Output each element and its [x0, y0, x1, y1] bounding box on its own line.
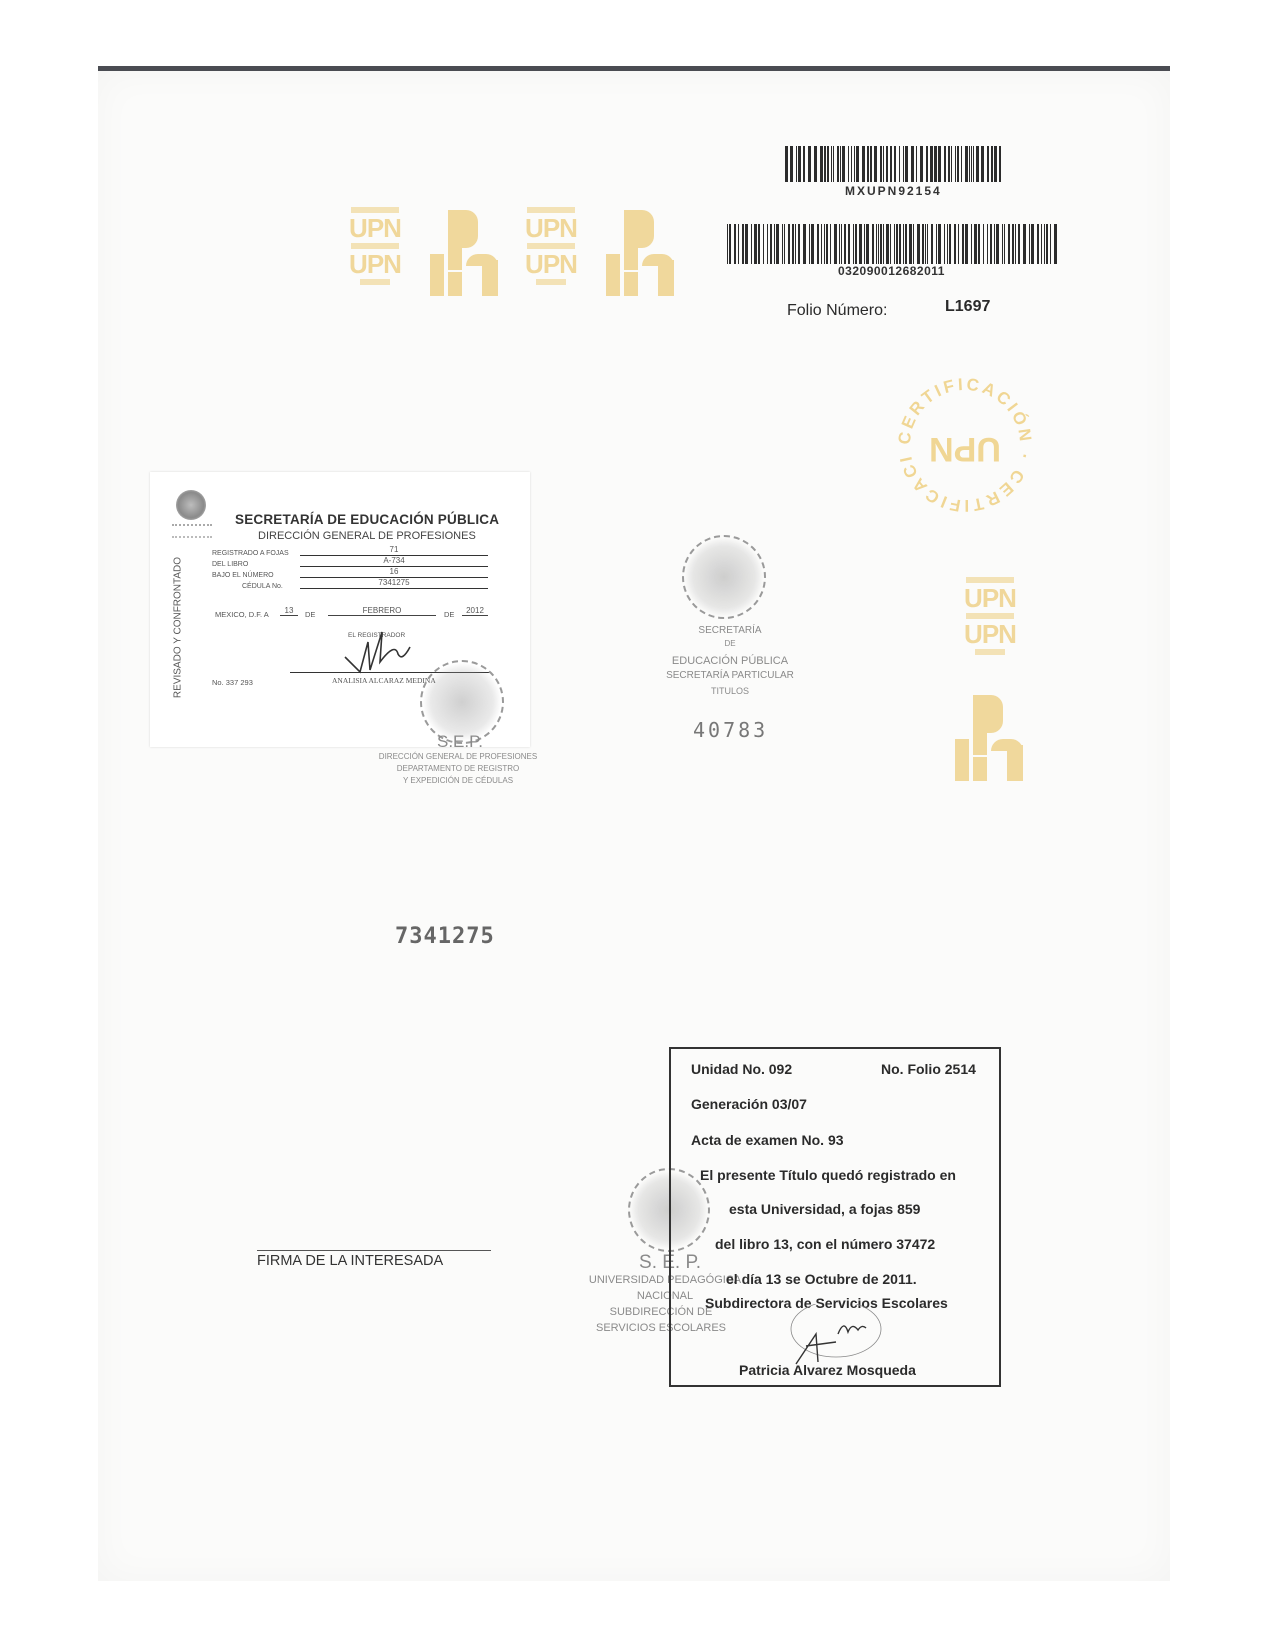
- registrar-name: ANALISIA ALCARAZ MEDINA: [332, 676, 436, 685]
- sep-subtitle: DIRECCIÓN GENERAL DE PROFESIONES: [258, 530, 476, 542]
- secretaria-line5: TITULOS: [660, 686, 800, 696]
- subdirectora-name: Patricia Alvarez Mosqueda: [739, 1362, 916, 1378]
- date-de: DE: [444, 610, 454, 619]
- barcode-label-mxupn: MXUPN92154: [845, 184, 942, 198]
- sep-seal-line2: DEPARTAMENTO DE REGISTRO: [378, 764, 538, 773]
- folio-label: Folio Número:: [787, 302, 887, 320]
- registro-line1: El presente Título quedó registrado en: [700, 1167, 956, 1183]
- registrar-signature: [340, 622, 420, 682]
- unidad-number: Unidad No. 092: [691, 1061, 792, 1077]
- upn-registration-box: Unidad No. 092 No. Folio 2514 Generación…: [669, 1047, 1001, 1387]
- upn-mark-logo: [955, 695, 1025, 783]
- mexico-coat-of-arms-icon: [176, 490, 206, 520]
- acta-examen: Acta de examen No. 93: [691, 1132, 844, 1148]
- row-label-numero: BAJO EL NÚMERO: [212, 572, 274, 579]
- barcode-mxupn: [785, 146, 1003, 182]
- barcode-serial: [727, 224, 1059, 264]
- upn-watermark-logo: UPN UPN: [519, 205, 583, 287]
- titulos-stamp-number: 40783: [693, 718, 768, 742]
- row-label-fojas: REGISTRADO A FOJAS: [212, 550, 289, 557]
- generacion: Generación 03/07: [691, 1096, 807, 1112]
- sep-seal-line3: Y EXPEDICIÓN DE CÉDULAS: [378, 776, 538, 785]
- secretaria-line3: EDUCACIÓN PÚBLICA: [640, 655, 820, 667]
- secretaria-line2: DE: [660, 639, 800, 648]
- firma-label: FIRMA DE LA INTERESADA: [257, 1253, 443, 1269]
- registro-line4: el día 13 se Octubre de 2011.: [726, 1271, 917, 1287]
- registro-line3: del libro 13, con el número 37472: [715, 1236, 935, 1252]
- folio-number: No. Folio 2514: [881, 1061, 976, 1077]
- barcode-label-serial: 032090012682011: [838, 264, 945, 278]
- row-value-cedula: 7341275: [300, 577, 488, 589]
- card-number: No. 337 293: [212, 678, 253, 687]
- row-label-cedula: CÉDULA No.: [242, 583, 283, 590]
- firma-signature-line: [257, 1250, 491, 1251]
- sep-seal-line1: DIRECCIÓN GENERAL DE PROFESIONES: [368, 752, 548, 761]
- date-day: 13: [280, 606, 298, 616]
- upn-mark-logo: [430, 210, 500, 298]
- svg-text:UPN: UPN: [929, 430, 1001, 468]
- sep-title: SECRETARÍA DE EDUCACIÓN PÚBLICA: [235, 512, 499, 527]
- date-de: DE: [305, 610, 315, 619]
- date-month: FEBRERO: [328, 606, 436, 616]
- upn-watermark-logo: UPN UPN: [958, 575, 1022, 657]
- cedula-stamp-number: 7341275: [395, 924, 495, 949]
- date-place: MEXICO, D.F. A: [215, 610, 269, 619]
- sep-seal-abbr: S.E.P.: [425, 732, 495, 752]
- certification-seal: CERTIFICACIÓN · CERTIFICACIÓN · UPN: [890, 370, 1040, 520]
- revisado-label: REVISADO Y CONFRONTADO: [173, 548, 184, 708]
- row-label-libro: DEL LIBRO: [212, 561, 248, 568]
- date-year: 2012: [462, 606, 488, 616]
- registro-line2: esta Universidad, a fojas 859: [729, 1201, 920, 1217]
- emblem-caption: [172, 524, 212, 538]
- secretaria-seal: [682, 535, 766, 619]
- secretaria-line4: SECRETARÍA PARTICULAR: [640, 670, 820, 681]
- upn-watermark-logo: UPN UPN: [343, 205, 407, 287]
- folio-value: L1697: [945, 298, 990, 316]
- secretaria-line1: SECRETARÍA: [660, 625, 800, 636]
- upn-mark-logo: [606, 210, 676, 298]
